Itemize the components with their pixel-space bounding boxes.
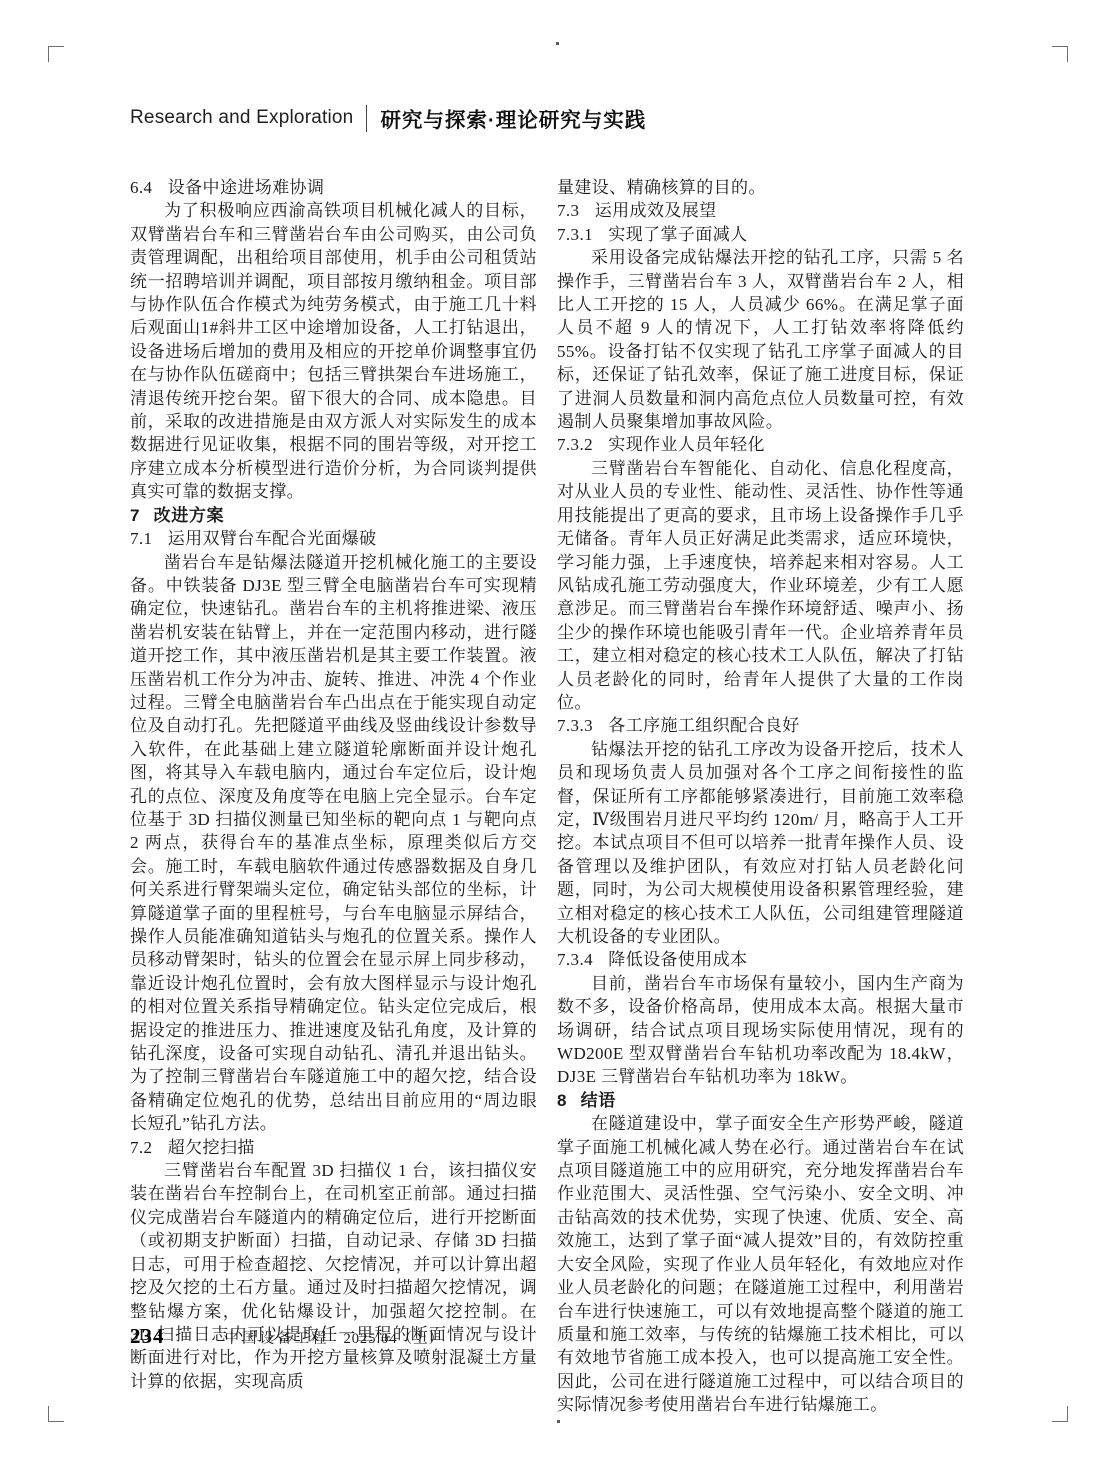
section-heading-7.3.3: 7.3.3各工序施工组织配合良好: [557, 714, 964, 737]
paragraph: 钻爆法开挖的钻孔工序改为设备开挖后，技术人员和现场负责人员加强对各个工序之间衔接…: [557, 738, 964, 949]
heading-title: 各工序施工组织配合良好: [608, 716, 799, 735]
heading-number: 7: [130, 506, 140, 525]
column-left: 6.4设备中途进场难协调为了积极响应西渝高铁项目机械化减人的目标，双臂凿岩台车和…: [130, 176, 537, 1417]
registration-dot-bottom: [557, 1420, 560, 1423]
crop-mark-bottom-right: [1052, 1406, 1068, 1422]
paragraph: 量建设、精确核算的目的。: [557, 176, 964, 199]
section-heading-6.4: 6.4设备中途进场难协调: [130, 176, 537, 199]
heading-title: 降低设备使用成本: [608, 950, 747, 969]
section-heading-7.3.1: 7.3.1实现了掌子面减人: [557, 223, 964, 246]
paragraph: 采用设备完成钻爆法开挖的钻孔工序，只需 5 名操作手，三臂凿岩台车 3 人，双臂…: [557, 246, 964, 433]
section-heading-7: 7改进方案: [130, 504, 537, 527]
heading-number: 7.1: [130, 529, 152, 548]
page-footer: 234 中国设备工程 2025.04（上）: [130, 1324, 444, 1349]
heading-number: 7.3: [557, 201, 579, 220]
paragraph: 目前，凿岩台车市场保有量较小，国内生产商为数不多，设备价格高昂，使用成本太高。根…: [557, 972, 964, 1089]
section-heading-7.2: 7.2超欠挖扫描: [130, 1136, 537, 1159]
section-heading-7.1: 7.1运用双臂台车配合光面爆破: [130, 527, 537, 550]
column-right: 量建设、精确核算的目的。7.3运用成效及展望7.3.1实现了掌子面减人采用设备完…: [557, 176, 964, 1417]
journal-issue: 2025.04（上）: [344, 1327, 445, 1348]
crop-mark-top-right: [1052, 46, 1068, 62]
heading-number: 7.3.4: [557, 950, 593, 969]
journal-name: 中国设备工程: [225, 1327, 330, 1348]
heading-number: 7.3.2: [557, 435, 593, 454]
section-heading-7.3: 7.3运用成效及展望: [557, 199, 964, 222]
section-heading-7.3.2: 7.3.2实现作业人员年轻化: [557, 433, 964, 456]
heading-title: 改进方案: [154, 506, 224, 525]
heading-title: 运用双臂台车配合光面爆破: [168, 529, 377, 548]
heading-number: 7.3.1: [557, 225, 593, 244]
heading-title: 实现了掌子面减人: [608, 225, 747, 244]
heading-title: 超欠挖扫描: [168, 1138, 255, 1157]
crop-mark-bottom-left: [48, 1406, 64, 1422]
crop-mark-top-left: [48, 46, 64, 62]
heading-title: 设备中途进场难协调: [168, 178, 325, 197]
heading-number: 8: [557, 1091, 567, 1110]
article-body: 6.4设备中途进场难协调为了积极响应西渝高铁项目机械化减人的目标，双臂凿岩台车和…: [130, 176, 964, 1417]
journal-page: Research and Exploration 研究与探索·理论研究与实践 6…: [0, 0, 1115, 1469]
running-head-divider: [366, 105, 367, 132]
heading-number: 7.3.3: [557, 716, 593, 735]
section-heading-8: 8结语: [557, 1089, 964, 1112]
heading-title: 实现作业人员年轻化: [608, 435, 765, 454]
section-heading-7.3.4: 7.3.4降低设备使用成本: [557, 948, 964, 971]
heading-number: 7.2: [130, 1138, 152, 1157]
page-number: 234: [130, 1324, 165, 1349]
registration-dot-top: [556, 42, 559, 45]
running-head-english: Research and Exploration: [130, 107, 353, 129]
paragraph: 三臂凿岩台车智能化、自动化、信息化程度高，对从业人员的专业性、能动性、灵活性、协…: [557, 457, 964, 714]
paragraph: 三臂凿岩台车配置 3D 扫描仪 1 台，该扫描仪安装在凿岩台车控制台上，在司机室…: [130, 1159, 537, 1393]
heading-title: 结语: [581, 1091, 616, 1110]
paragraph: 在隧道建设中，掌子面安全生产形势严峻，隧道掌子面施工机械化减人势在必行。通过凿岩…: [557, 1112, 964, 1416]
running-head: Research and Exploration 研究与探索·理论研究与实践: [130, 103, 646, 133]
heading-title: 运用成效及展望: [595, 201, 717, 220]
running-head-chinese: 研究与探索·理论研究与实践: [380, 103, 646, 133]
heading-number: 6.4: [130, 178, 152, 197]
paragraph: 凿岩台车是钻爆法隧道开挖机械化施工的主要设备。中铁装备 DJ3E 型三臂全电脑凿…: [130, 551, 537, 1136]
paragraph: 为了积极响应西渝高铁项目机械化减人的目标，双臂凿岩台车和三臂凿岩台车由公司购买，…: [130, 199, 537, 503]
